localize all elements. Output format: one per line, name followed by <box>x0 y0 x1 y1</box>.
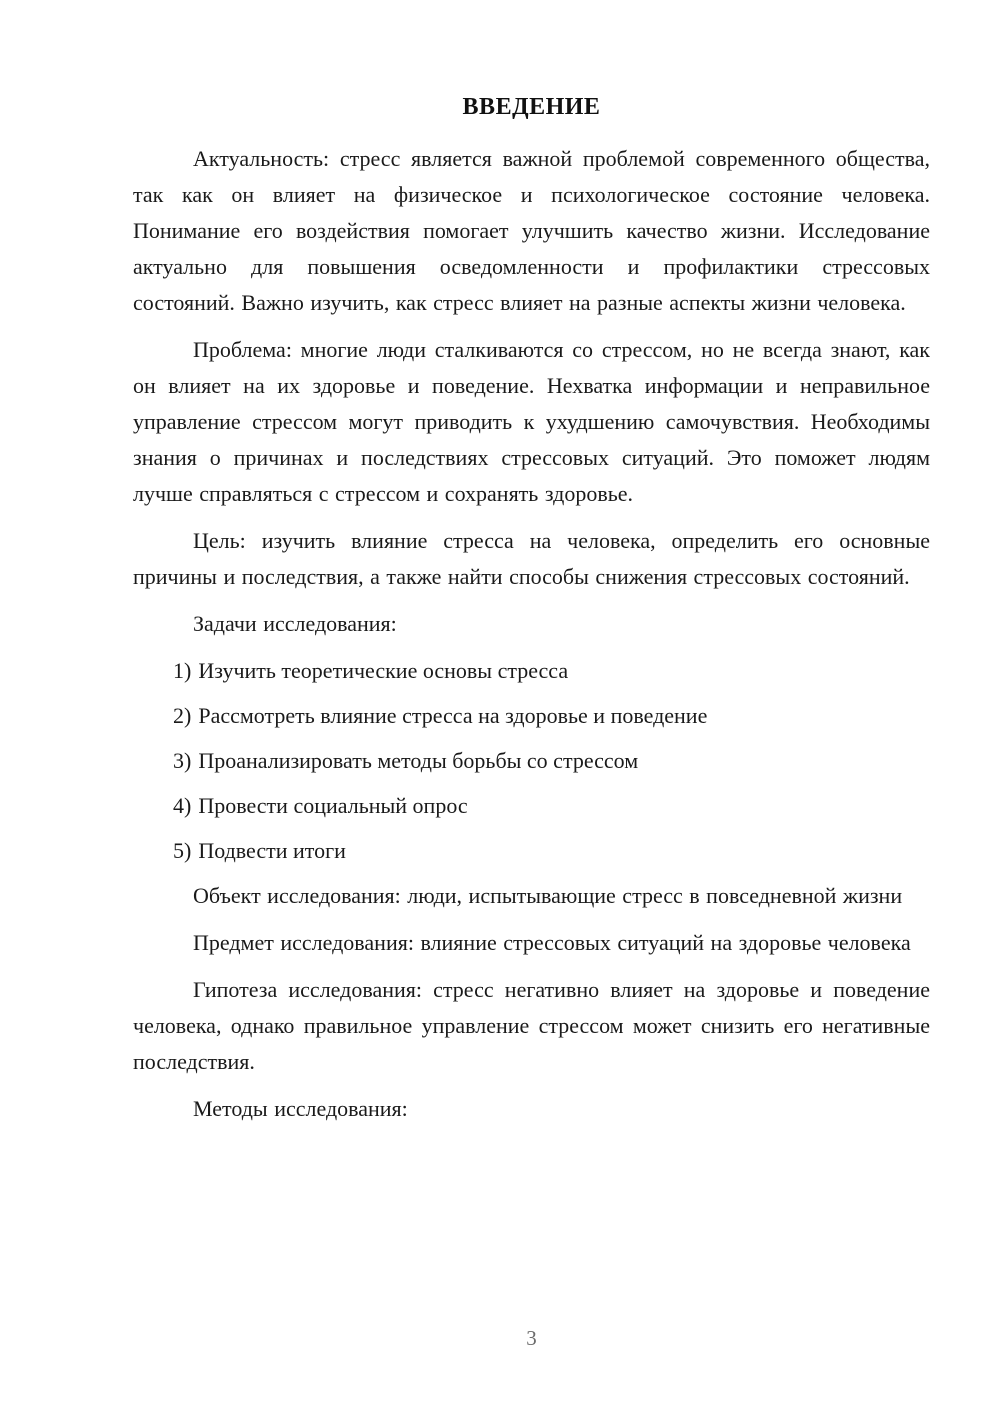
paragraph-obekt: Объект исследования: люди, испытывающие … <box>133 878 930 914</box>
page-number: 3 <box>133 1326 930 1351</box>
list-item-text: Изучить теоретические основы стресса <box>198 658 568 683</box>
list-item-text: Проанализировать методы борьбы со стресс… <box>198 748 638 773</box>
list-item: 4)Провести социальный опрос <box>173 788 930 824</box>
paragraph-problema: Проблема: многие люди сталкиваются со ст… <box>133 332 930 512</box>
document-page: ВВЕДЕНИЕ Актуальность: стресс является в… <box>0 0 1000 1414</box>
tasks-list: 1)Изучить теоретические основы стресса 2… <box>133 653 930 869</box>
list-item: 1)Изучить теоретические основы стресса <box>173 653 930 689</box>
list-item-number: 2) <box>173 703 191 728</box>
page-title: ВВЕДЕНИЕ <box>133 92 930 122</box>
list-item-text: Подвести итоги <box>198 838 346 863</box>
paragraph-metody-label: Методы исследования: <box>133 1091 930 1127</box>
list-item: 5)Подвести итоги <box>173 833 930 869</box>
list-item-number: 5) <box>173 838 191 863</box>
list-item: 2)Рассмотреть влияние стресса на здоровь… <box>173 698 930 734</box>
list-item-number: 4) <box>173 793 191 818</box>
paragraph-gipoteza: Гипотеза исследования: стресс негативно … <box>133 972 930 1080</box>
document-content: ВВЕДЕНИЕ Актуальность: стресс является в… <box>133 92 930 1138</box>
list-item: 3)Проанализировать методы борьбы со стре… <box>173 743 930 779</box>
paragraph-zadachi-label: Задачи исследования: <box>133 606 930 642</box>
list-item-text: Рассмотреть влияние стресса на здоровье … <box>198 703 707 728</box>
paragraph-tsel: Цель: изучить влияние стресса на человек… <box>133 523 930 595</box>
list-item-number: 1) <box>173 658 191 683</box>
paragraph-predmet: Предмет исследования: влияние стрессовых… <box>133 925 930 961</box>
paragraph-aktualnost: Актуальность: стресс является важной про… <box>133 141 930 321</box>
list-item-text: Провести социальный опрос <box>198 793 467 818</box>
list-item-number: 3) <box>173 748 191 773</box>
